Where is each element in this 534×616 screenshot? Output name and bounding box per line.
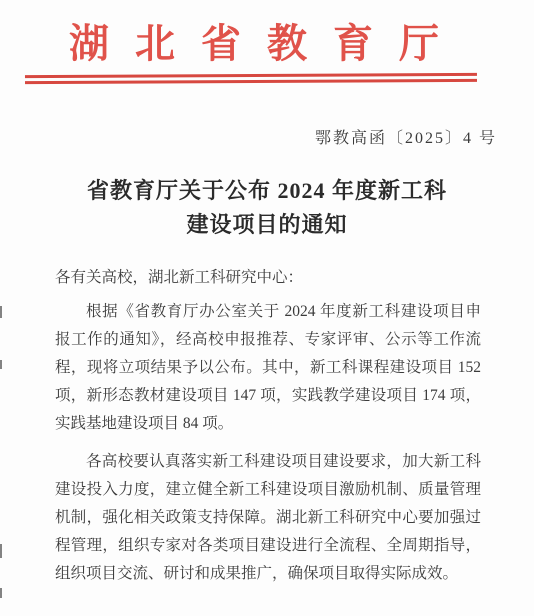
document-title-line-2: 建设项目的通知 — [186, 212, 347, 237]
document-reference-number: 鄂教高函〔2025〕4 号 — [315, 125, 497, 148]
salutation-line: 各有关高校，湖北新工科研究中心： — [55, 266, 303, 290]
scan-artifact — [0, 360, 2, 369]
scan-artifact — [0, 544, 2, 558]
body-paragraph-1: 根据《省教育厅办公室关于 2024 年度新工科建设项目申报工作的通知》，经高校申… — [55, 298, 481, 438]
scan-artifact — [0, 588, 2, 598]
agency-letterhead: 湖北省教育厅 — [0, 20, 534, 68]
document-title: 省教育厅关于公布 2024 年度新工科 建设项目的通知 — [0, 174, 534, 242]
rule-bottom — [25, 79, 477, 84]
document-title-line-1: 省教育厅关于公布 2024 年度新工科 — [87, 178, 447, 203]
body-paragraph-2: 各高校要认真落实新工科建设项目建设要求，加大新工科建设投入力度，建立健全新工科建… — [55, 448, 481, 588]
scan-artifact — [0, 306, 2, 318]
rule-top — [25, 73, 477, 78]
letterhead-double-rule — [25, 73, 477, 87]
document-body: 根据《省教育厅办公室关于 2024 年度新工科建设项目申报工作的通知》，经高校申… — [55, 298, 481, 598]
official-document-page: 湖北省教育厅 鄂教高函〔2025〕4 号 省教育厅关于公布 2024 年度新工科… — [0, 0, 534, 616]
